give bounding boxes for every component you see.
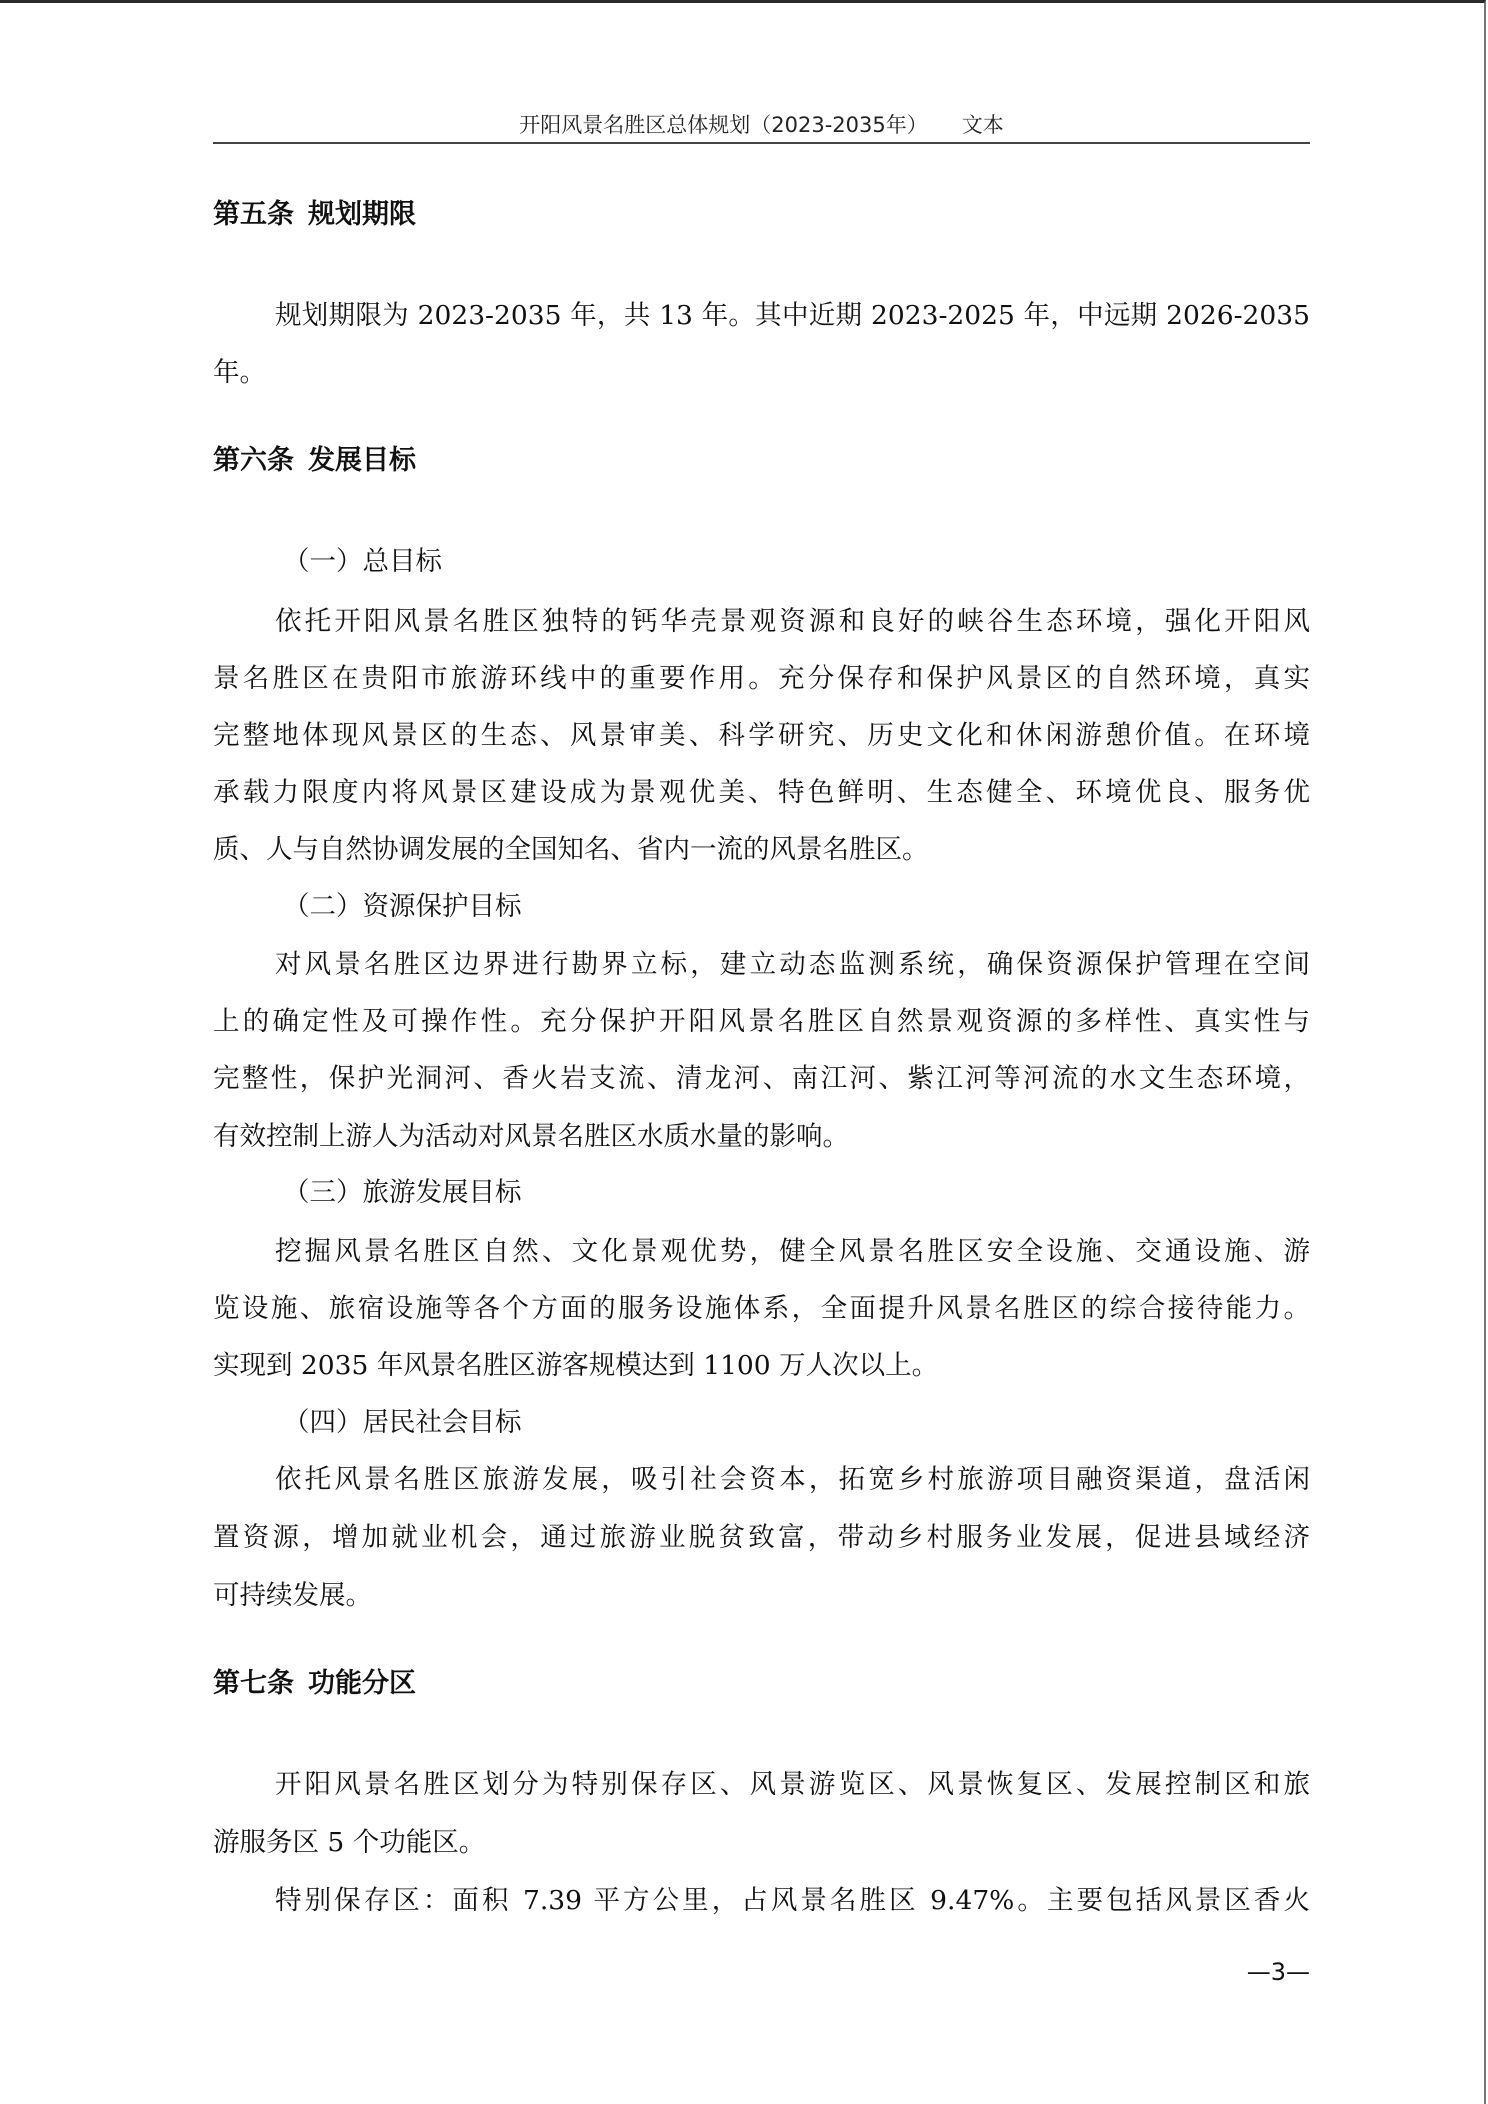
paragraph-line: 依托开阳风景名胜区独特的钙华壳景观资源和良好的峡谷生态环境，强化开阳风 <box>213 602 1310 642</box>
paragraph-line: 置资源，增加就业机会，通过旅游业脱贫致富，带动乡村服务业发展，促进县域经济 <box>213 1518 1310 1558</box>
running-header: 开阳风景名胜区总体规划（2023-2035年）文本 <box>213 109 1310 141</box>
section-heading-5: 第五条规划期限 <box>213 195 1310 235</box>
paragraph-line: 景名胜区在贵阳市旅游环线中的重要作用。充分保存和保护风景区的自然环境，真实 <box>213 659 1310 699</box>
paragraph-line: 有效控制上游人为活动对风景名胜区水质水量的影响。 <box>213 1117 1310 1157</box>
paragraph-line: 上的确定性及可操作性。充分保护开阳风景名胜区自然景观资源的多样性、真实性与 <box>213 1002 1310 1042</box>
section-number: 第五条 <box>213 199 294 230</box>
paragraph-line: 年。 <box>213 353 1310 393</box>
header-divider <box>213 142 1310 144</box>
paragraph-line: 质、人与自然协调发展的全国知名、省内一流的风景名胜区。 <box>213 830 1310 870</box>
paragraph-line: 规划期限为 2023-2035 年，共 13 年。其中近期 2023-2025 … <box>213 296 1310 336</box>
paragraph-line: 览设施、旅宿设施等各个方面的服务设施体系，全面提升风景名胜区的综合接待能力。 <box>213 1289 1310 1329</box>
subsection-label: （一）总目标 <box>213 542 1310 582</box>
paragraph-line: 依托风景名胜区旅游发展，吸引社会资本，拓宽乡村旅游项目融资渠道，盘活闲 <box>213 1460 1310 1500</box>
header-title: 开阳风景名胜区总体规划（2023-2035年） <box>519 113 927 137</box>
subsection-label: （四）居民社会目标 <box>213 1403 1310 1443</box>
section-number: 第六条 <box>213 445 294 476</box>
document-page: 开阳风景名胜区总体规划（2023-2035年）文本 第五条规划期限 规划期限为 … <box>0 0 1486 2104</box>
section-heading-6: 第六条发展目标 <box>213 441 1310 481</box>
section-title: 发展目标 <box>308 445 416 476</box>
paragraph-line: 对风景名胜区边界进行勘界立标，建立动态监测系统，确保资源保护管理在空间 <box>213 945 1310 985</box>
paragraph-line: 实现到 2035 年风景名胜区游客规模达到 1100 万人次以上。 <box>213 1346 1310 1386</box>
paragraph-line: 可持续发展。 <box>213 1576 1310 1616</box>
section-title: 规划期限 <box>308 199 416 230</box>
subsection-label: （三）旅游发展目标 <box>213 1173 1310 1213</box>
section-number: 第七条 <box>213 1668 294 1699</box>
paragraph-line: 完整地体现风景区的生态、风景审美、科学研究、历史文化和休闲游憩价值。在环境 <box>213 716 1310 756</box>
section-title: 功能分区 <box>308 1668 416 1699</box>
paragraph-line: 特别保存区：面积 7.39 平方公里，占风景名胜区 9.47%。主要包括风景区香… <box>213 1881 1310 1921</box>
paragraph-line: 游服务区 5 个功能区。 <box>213 1823 1310 1863</box>
paragraph-line: 完整性，保护光洞河、香火岩支流、清龙河、南江河、紫江河等河流的水文生态环境， <box>213 1059 1310 1099</box>
paragraph-line: 开阳风景名胜区划分为特别保存区、风景游览区、风景恢复区、发展控制区和旅 <box>213 1765 1310 1805</box>
paragraph-line: 挖掘风景名胜区自然、文化景观优势，健全风景名胜区安全设施、交通设施、游 <box>213 1232 1310 1272</box>
paragraph-line: 承载力限度内将风景区建设成为景观优美、特色鲜明、生态健全、环境优良、服务优 <box>213 773 1310 813</box>
header-doc-type: 文本 <box>962 113 1004 137</box>
section-heading-7: 第七条功能分区 <box>213 1664 1310 1704</box>
page-number: —3— <box>1240 1955 1310 1989</box>
subsection-label: （二）资源保护目标 <box>213 887 1310 927</box>
